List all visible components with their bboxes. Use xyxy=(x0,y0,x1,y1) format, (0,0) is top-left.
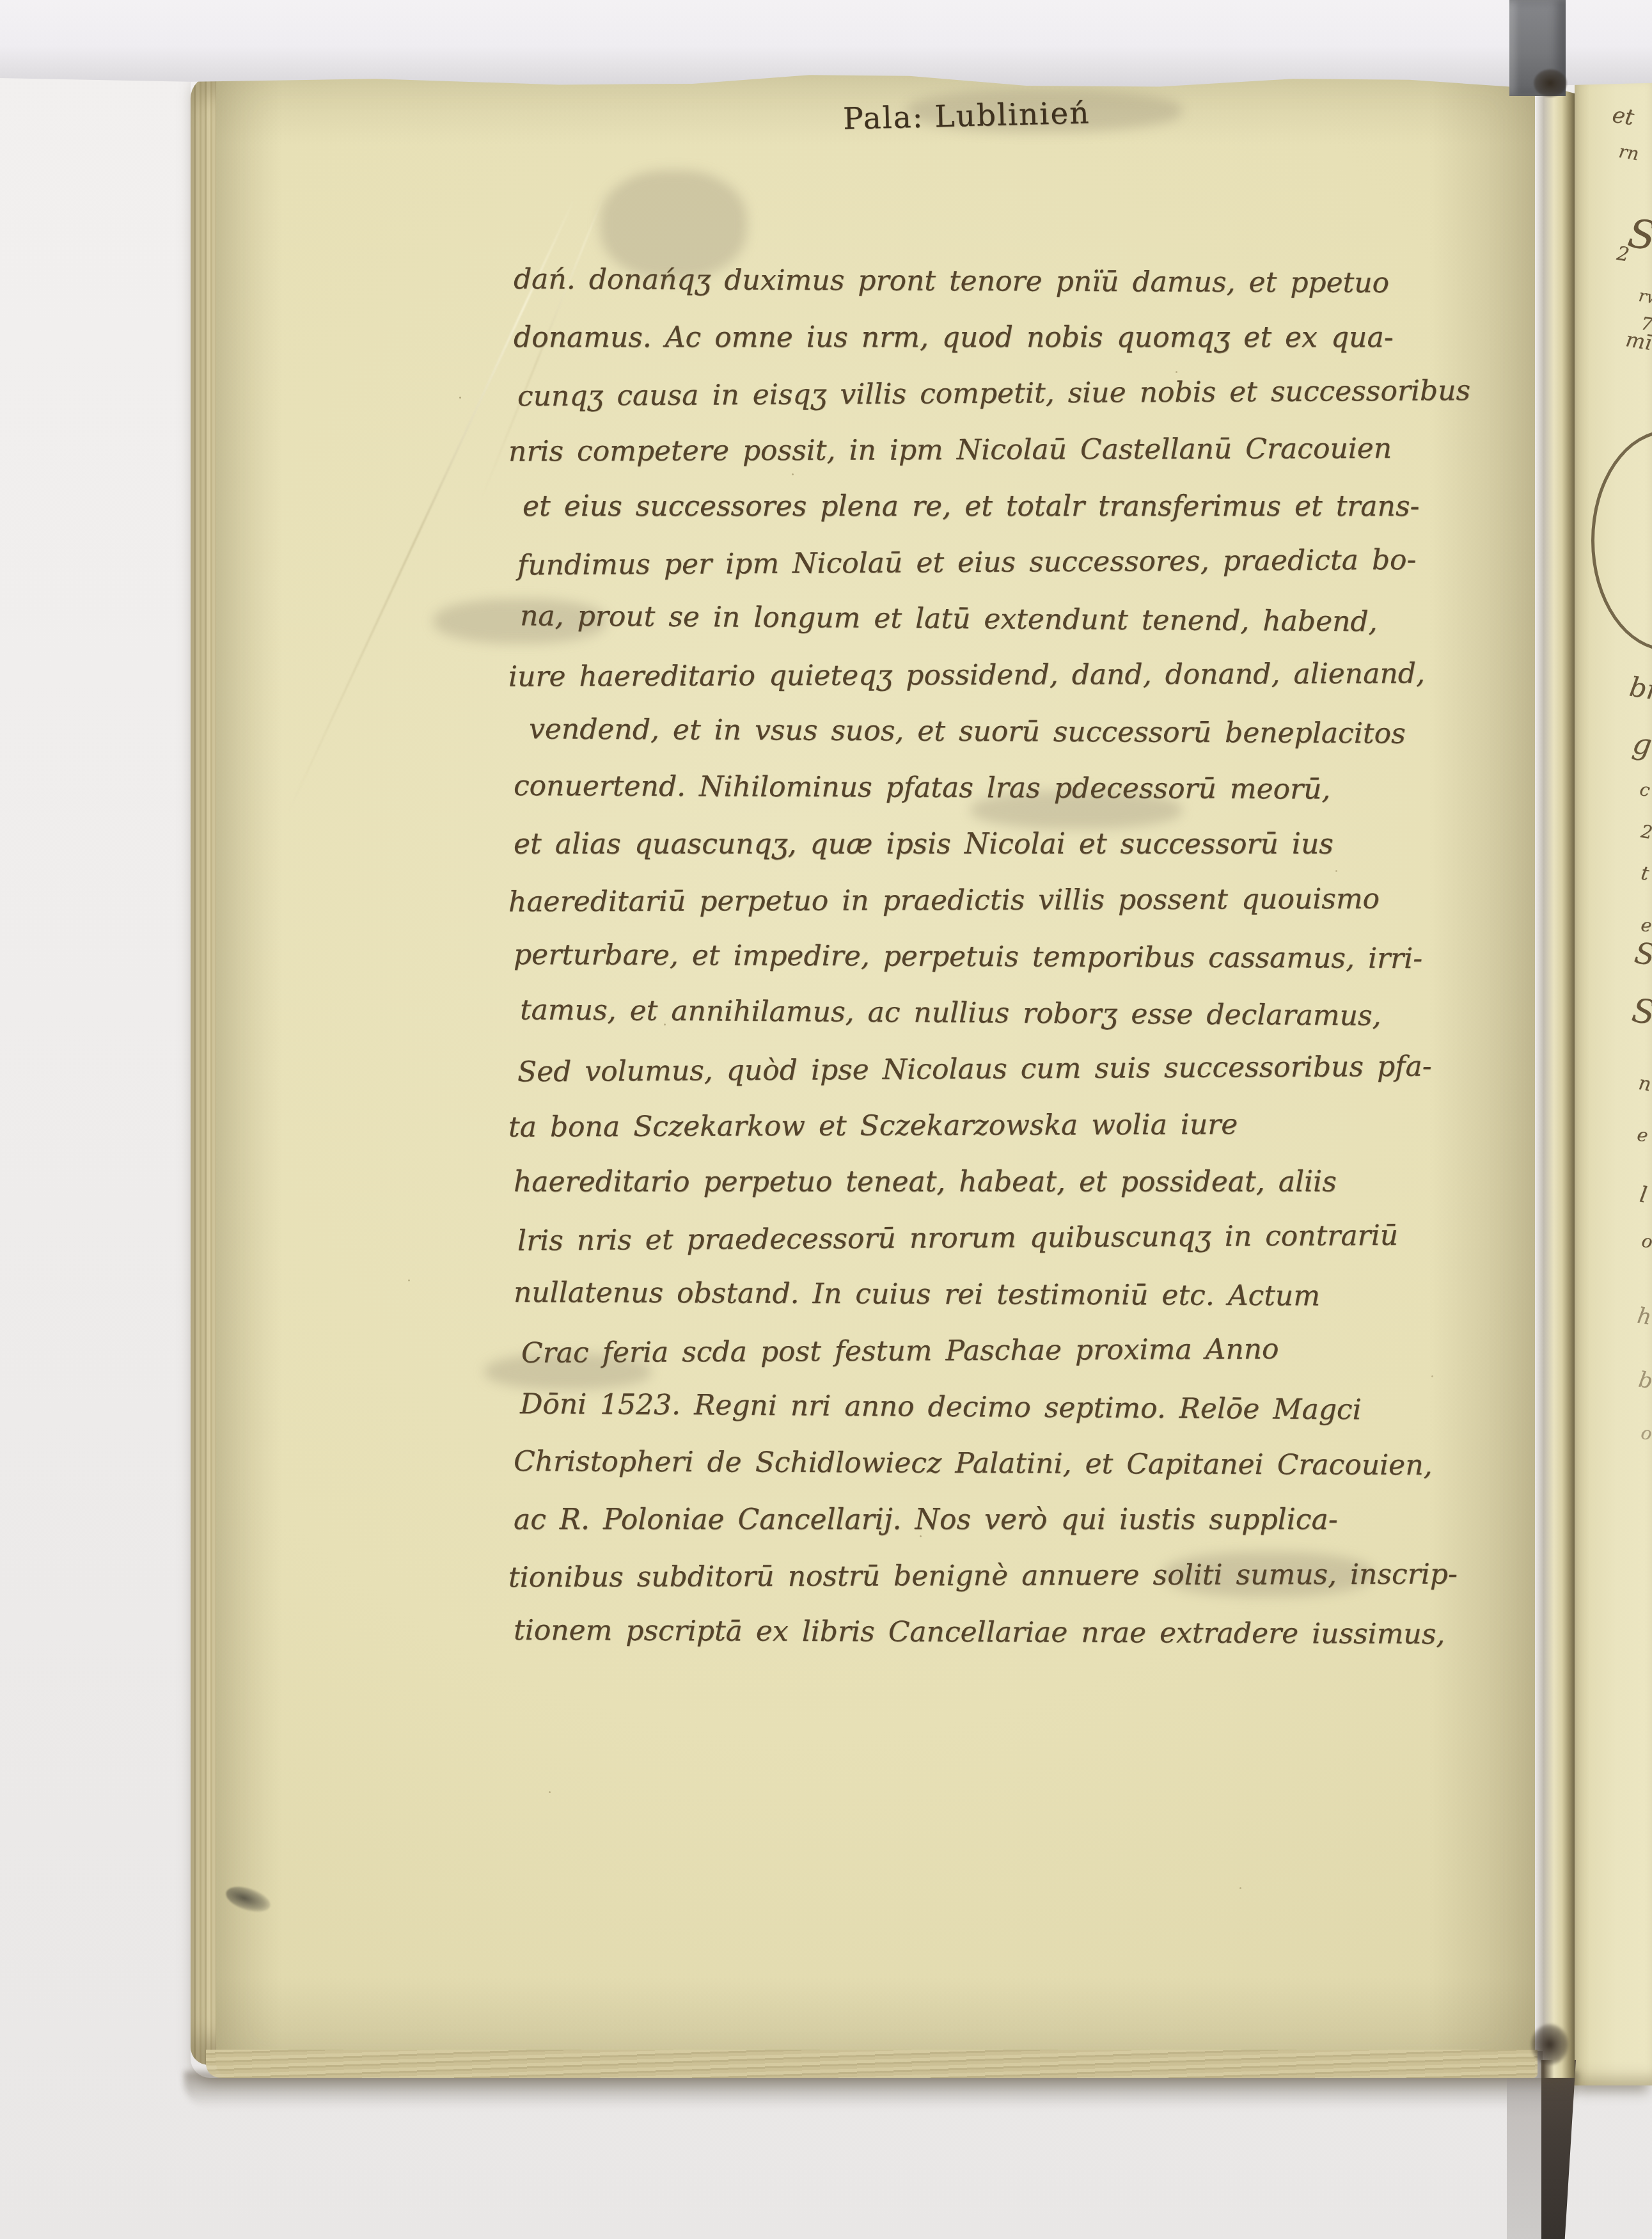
gutter-ink-blob-top xyxy=(1534,69,1567,97)
facing-page-text-fragment: c xyxy=(1639,779,1652,801)
manuscript-line: lris nris et praedecessorū nrorum quibus… xyxy=(517,1208,1413,1270)
ink-smudge xyxy=(223,1882,274,1917)
book-strap-bottom xyxy=(1541,2060,1576,2239)
facing-page-text-fragment: rn xyxy=(1617,141,1640,165)
manuscript-page: Pala: Lublinień dań. donańqʒ duximus pro… xyxy=(216,64,1535,2078)
manuscript-line: et eius successores plena re, et totalr … xyxy=(523,479,1418,535)
manuscript-line: dań. donańqʒ duximus pront tenore pnïū d… xyxy=(514,251,1409,312)
manuscript-line: conuertend. Nihilominus pfatas lras pdec… xyxy=(514,758,1409,818)
facing-page-text-fragment: n xyxy=(1637,1072,1652,1096)
manuscript-text-block: dań. donańqʒ duximus pront tenore pnïū d… xyxy=(514,253,1409,1661)
page-heading: Pala: Lublinień xyxy=(842,95,1090,136)
manuscript-line: cunqʒ causa in eisqʒ villis competit, si… xyxy=(517,363,1413,425)
facing-page-text-fragment: rw xyxy=(1637,286,1652,308)
manuscript-line: et alias quascunqʒ, quæ ipsis Nicolai et… xyxy=(514,816,1409,873)
manuscript-line: Sed volumus, quòd ipse Nicolaus cum suis… xyxy=(517,1039,1413,1101)
page-stack-bottom-edge xyxy=(206,2050,1538,2078)
facing-page-text-fragment: S xyxy=(1632,935,1652,972)
facing-page-text-fragment: e xyxy=(1636,1124,1650,1146)
manuscript-line: na, prout se in longum et latū extendunt… xyxy=(520,588,1416,651)
manuscript-line: Crac feria scda post festum Paschae prox… xyxy=(521,1320,1417,1381)
manuscript-line: perturbare, et impedire, perpetuis tempo… xyxy=(514,927,1409,987)
facing-page-text-fragment: b xyxy=(1637,1367,1652,1395)
manuscript-line: tionem pscriptā ex libris Cancellariae n… xyxy=(514,1602,1409,1663)
manuscript-book: Pala: Lublinień dań. donańqʒ duximus pro… xyxy=(191,64,1575,2078)
manuscript-line: Christopheri de Schidlowiecz Palatini, e… xyxy=(514,1434,1409,1494)
facing-page-text-fragment: e xyxy=(1640,914,1652,937)
facing-page-text-fragment: S xyxy=(1630,992,1652,1033)
gutter-ink-blob-bottom xyxy=(1531,2024,1568,2065)
book-gutter xyxy=(1535,64,1575,2078)
paper-specks xyxy=(459,397,461,399)
facing-page: et rn S 2 rw 7 mī br g c 2 t e S S n e l… xyxy=(1572,72,1652,2085)
manuscript-line: vendend, et in vsus suos, et suorū succe… xyxy=(529,701,1424,762)
manuscript-line: haereditariū perpetuo in praedictis vill… xyxy=(508,871,1404,931)
manuscript-line: ta bona Sczekarkow et Sczekarzowska woli… xyxy=(508,1096,1404,1156)
manuscript-line: Dōni 1523. Regni nri anno decimo septimo… xyxy=(520,1376,1416,1439)
manuscript-line: donamus. Ac omne ius nrm, quod nobis quo… xyxy=(514,310,1409,366)
manuscript-line: nris competere possit, in ipm Nicolaū Ca… xyxy=(508,421,1404,480)
manuscript-line: iure haereditario quieteqʒ possidend, da… xyxy=(508,646,1404,706)
facing-page-text-fragment: o xyxy=(1640,1230,1652,1253)
book-strap-bottom-highlight xyxy=(1507,2051,1543,2239)
manuscript-line: tamus, et annihilamus, ac nullius roborʒ… xyxy=(520,982,1416,1045)
manuscript-line: fundimus per ipm Nicolaū et eius success… xyxy=(517,532,1413,594)
facing-page-text-fragment: mī xyxy=(1624,327,1652,355)
facing-page-text-fragment: et xyxy=(1610,102,1636,131)
photo-background: et rn S 2 rw 7 mī br g c 2 t e S S n e l… xyxy=(0,0,1652,2239)
facing-page-text-fragment: h xyxy=(1635,1303,1652,1331)
facing-page-text-fragment: br xyxy=(1627,671,1652,707)
facing-page-text-fragment: 2 xyxy=(1615,242,1630,267)
facing-page-text-fragment: l xyxy=(1638,1182,1649,1208)
manuscript-line: ac R. Poloniae Cancellarij. Nos verò qui… xyxy=(514,1492,1409,1548)
manuscript-line: haereditario perpetuo teneat, habeat, et… xyxy=(514,1154,1409,1210)
facing-page-text-fragment: g xyxy=(1630,725,1652,763)
facing-page-text-fragment: t xyxy=(1639,862,1650,885)
manuscript-line: nullatenus obstand. In cuius rei testimo… xyxy=(514,1265,1409,1325)
manuscript-line: tionibus subditorū nostrū benignè annuer… xyxy=(508,1547,1404,1606)
facing-page-text-fragment: 2 xyxy=(1640,821,1652,843)
facing-page-text-fragment: o xyxy=(1640,1422,1652,1444)
ink-circle-mark xyxy=(1591,430,1652,651)
